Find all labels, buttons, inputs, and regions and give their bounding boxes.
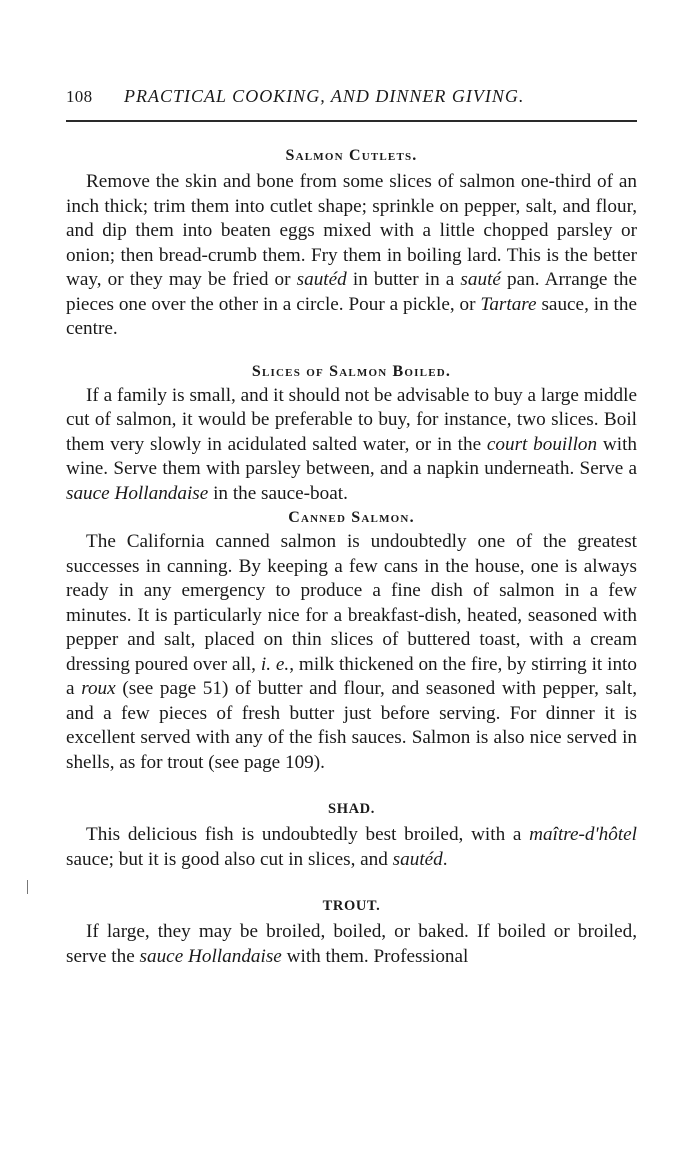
italic-term: roux [81, 678, 115, 699]
page-number: 108 [66, 87, 124, 107]
italic-term: Tartare [480, 294, 536, 315]
running-title: PRACTICAL COOKING, AND DINNER GIVING. [124, 86, 524, 107]
page-content: Salmon Cutlets. Remove the skin and bone… [66, 144, 637, 969]
italic-term: court bouillon [487, 434, 597, 455]
section-title-slices-of-salmon-boiled: Slices of Salmon Boiled. [66, 360, 637, 384]
paragraph-trout: If large, they may be broiled, boiled, o… [66, 920, 637, 969]
italic-term: sauté [460, 269, 501, 290]
italic-term: sautéd [297, 269, 347, 290]
section-title-canned-salmon: Canned Salmon. [66, 506, 637, 530]
italic-term: sautéd [393, 849, 443, 870]
paragraph-slices-of-salmon-boiled: If a family is small, and it should not … [66, 384, 637, 507]
italic-term: i. e. [261, 654, 289, 675]
paragraph-canned-salmon: The California canned salmon is undoubte… [66, 530, 637, 775]
book-page: 108 PRACTICAL COOKING, AND DINNER GIVING… [66, 86, 637, 114]
running-head: 108 PRACTICAL COOKING, AND DINNER GIVING… [66, 86, 637, 114]
header-rule [66, 120, 637, 122]
italic-term: sauce Hollandaise [66, 483, 208, 504]
italic-term: sauce Hollandaise [140, 946, 282, 967]
paragraph-shad: This delicious fish is undoubtedly best … [66, 823, 637, 872]
italic-term: maître-d'hôtel [529, 824, 637, 845]
section-title-salmon-cutlets: Salmon Cutlets. [66, 144, 637, 168]
section-title-trout: TROUT. [66, 894, 637, 918]
margin-scan-mark [27, 880, 28, 894]
section-title-shad: SHAD. [66, 797, 637, 821]
paragraph-salmon-cutlets: Remove the skin and bone from some slice… [66, 170, 637, 342]
